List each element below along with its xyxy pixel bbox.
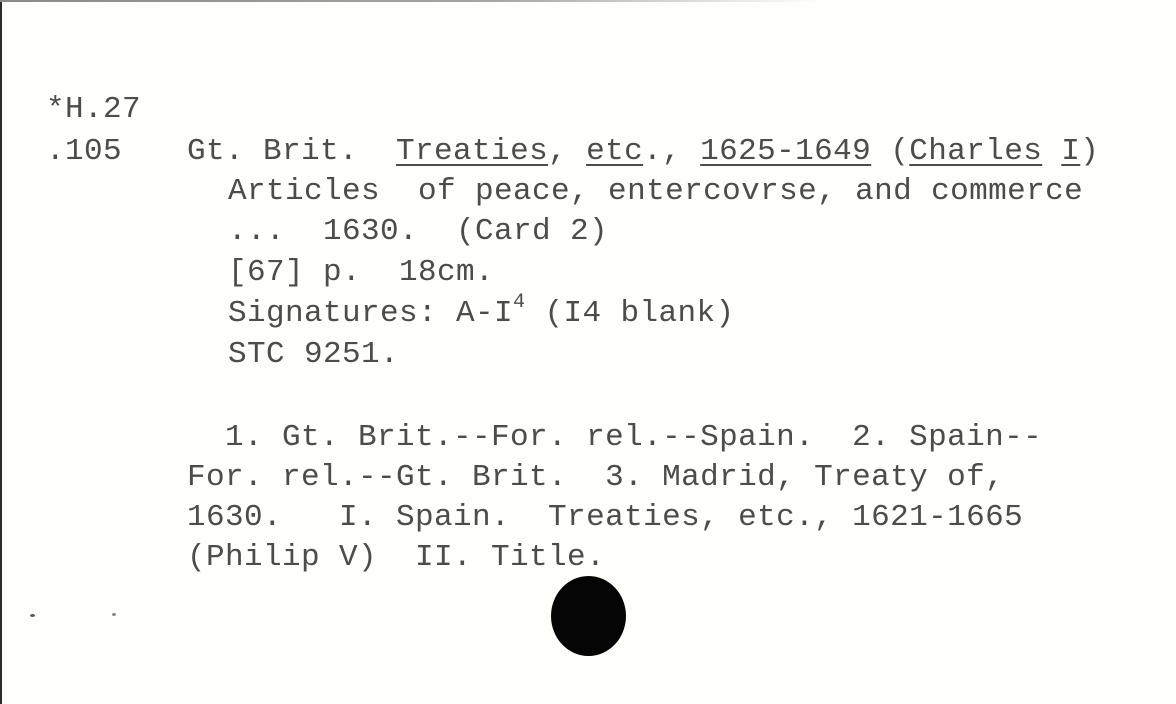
signatures-label: Signatures: A-I <box>228 296 513 331</box>
heading-form-subdivision: Treaties <box>396 134 548 169</box>
title-line-2: ... 1630. (Card 2) <box>228 215 608 249</box>
punch-hole <box>551 576 626 656</box>
heading-jurisdiction: Gt. Brit. <box>187 134 358 169</box>
signatures-note: (I4 blank) <box>525 296 734 331</box>
signatures: Signatures: A-I4 (I4 blank) <box>228 297 735 331</box>
call-number-line-2: .105 <box>46 135 122 169</box>
tracing-line-1: 1. Gt. Brit.--For. rel.--Spain. 2. Spain… <box>187 421 1042 455</box>
heading-date-range: 1625-1649 <box>700 134 871 169</box>
heading-ruler-name: Charles <box>909 134 1042 169</box>
heading-ruler-numeral: I <box>1061 134 1080 169</box>
signatures-superscript: 4 <box>513 291 525 314</box>
card-left-edge <box>0 0 2 704</box>
heading-paren-open: ( <box>890 134 909 169</box>
heading-etc: etc <box>586 134 643 169</box>
tracing-line-3: 1630. I. Spain. Treaties, etc., 1621-166… <box>187 501 1023 535</box>
card-top-edge <box>0 0 820 2</box>
heading-separator: ., <box>643 134 681 169</box>
main-entry-heading: Gt. Brit. Treaties, etc., 1625-1649 (Cha… <box>187 135 1099 169</box>
heading-separator: , <box>548 134 567 169</box>
stc-number: STC 9251. <box>228 338 399 372</box>
collation: [67] p. 18cm. <box>228 256 494 290</box>
ink-speck <box>30 614 35 617</box>
tracing-line-2: For. rel.--Gt. Brit. 3. Madrid, Treaty o… <box>187 461 1004 495</box>
title-line-1: Articles of peace, entercovrse, and comm… <box>228 175 1083 209</box>
catalog-card: *H.27 .105 Gt. Brit. Treaties, etc., 162… <box>0 0 1176 704</box>
ink-speck <box>112 613 116 616</box>
heading-paren-close: ) <box>1080 134 1099 169</box>
call-number-line-1: *H.27 <box>46 93 141 127</box>
tracing-line-4: (Philip V) II. Title. <box>187 541 605 575</box>
